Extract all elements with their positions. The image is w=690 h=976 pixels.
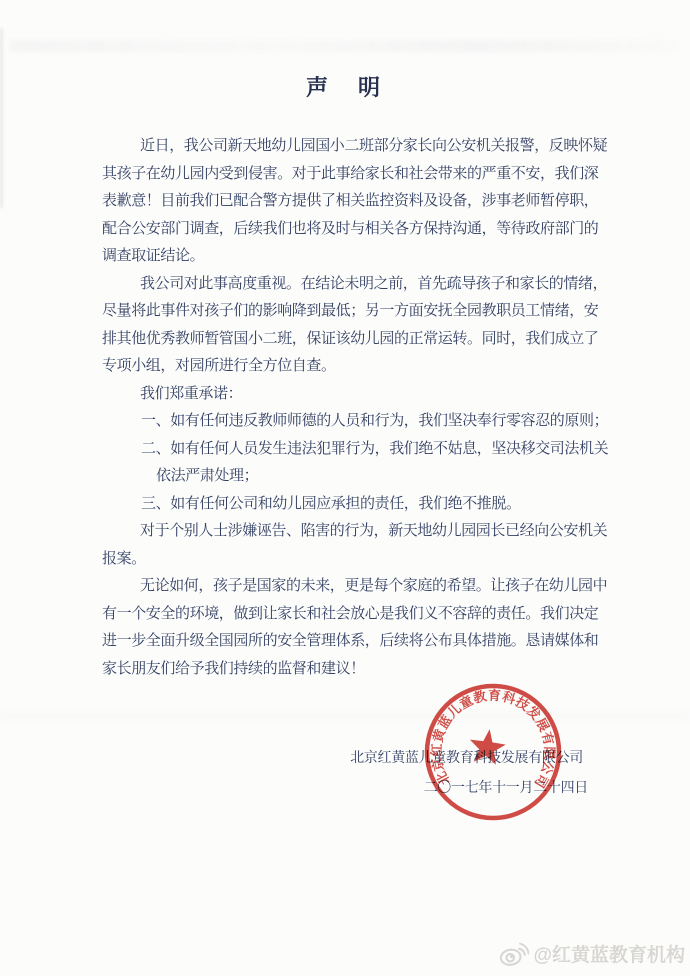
scanned-statement-page: 声 明 近日，我公司新天地幼儿园国小二班部分家长向公安机关报警，反映怀疑其孩子在… — [0, 0, 690, 976]
paragraph-incident: 近日，我公司新天地幼儿园国小二班部分家长向公安机关报警，反映怀疑其孩子在幼儿园内… — [102, 133, 610, 271]
paragraph-closing: 无论如何，孩子是国家的未来，更是每个家庭的希望。让孩子在幼儿园中有一个安全的环境… — [102, 573, 610, 683]
promise-item-3: 三、如有任何公司和幼儿园应承担的责任，我们绝不推脱。 — [102, 491, 610, 519]
scan-artifact-band — [0, 710, 690, 722]
paragraph-response: 我公司对此事高度重视。在结论未明之前，首先疏导孩子和家长的情绪，尽量将此事件对孩… — [102, 271, 610, 381]
promise-intro: 我们郑重承诺： — [102, 381, 610, 409]
promise-item-1: 一、如有任何违反教师师德的人员和行为，我们坚决奉行零容忍的原则； — [102, 408, 610, 436]
document-body: 近日，我公司新天地幼儿园国小二班部分家长向公安机关报警，反映怀疑其孩子在幼儿园内… — [102, 133, 610, 683]
signature-date: 二〇一七年十一月二十四日 — [0, 775, 588, 803]
weibo-icon — [499, 940, 529, 967]
signature-block: 北京红黄蓝儿童教育科技发展有限公司 二〇一七年十一月二十四日 — [0, 745, 690, 803]
document-title: 声 明 — [0, 0, 690, 102]
watermark-account: @红黄蓝教育机构 — [533, 940, 685, 967]
weibo-watermark: @红黄蓝教育机构 — [499, 940, 685, 967]
promise-item-2: 二、如有任何人员发生违法犯罪行为，我们绝不姑息，坚决移交司法机关依法严肃处理； — [102, 436, 610, 491]
signature-company-name: 北京红黄蓝儿童教育科技发展有限公司 — [0, 745, 583, 773]
paragraph-report: 对于个别人士涉嫌诬告、陷害的行为，新天地幼儿园园长已经向公安机关报案。 — [102, 518, 610, 573]
